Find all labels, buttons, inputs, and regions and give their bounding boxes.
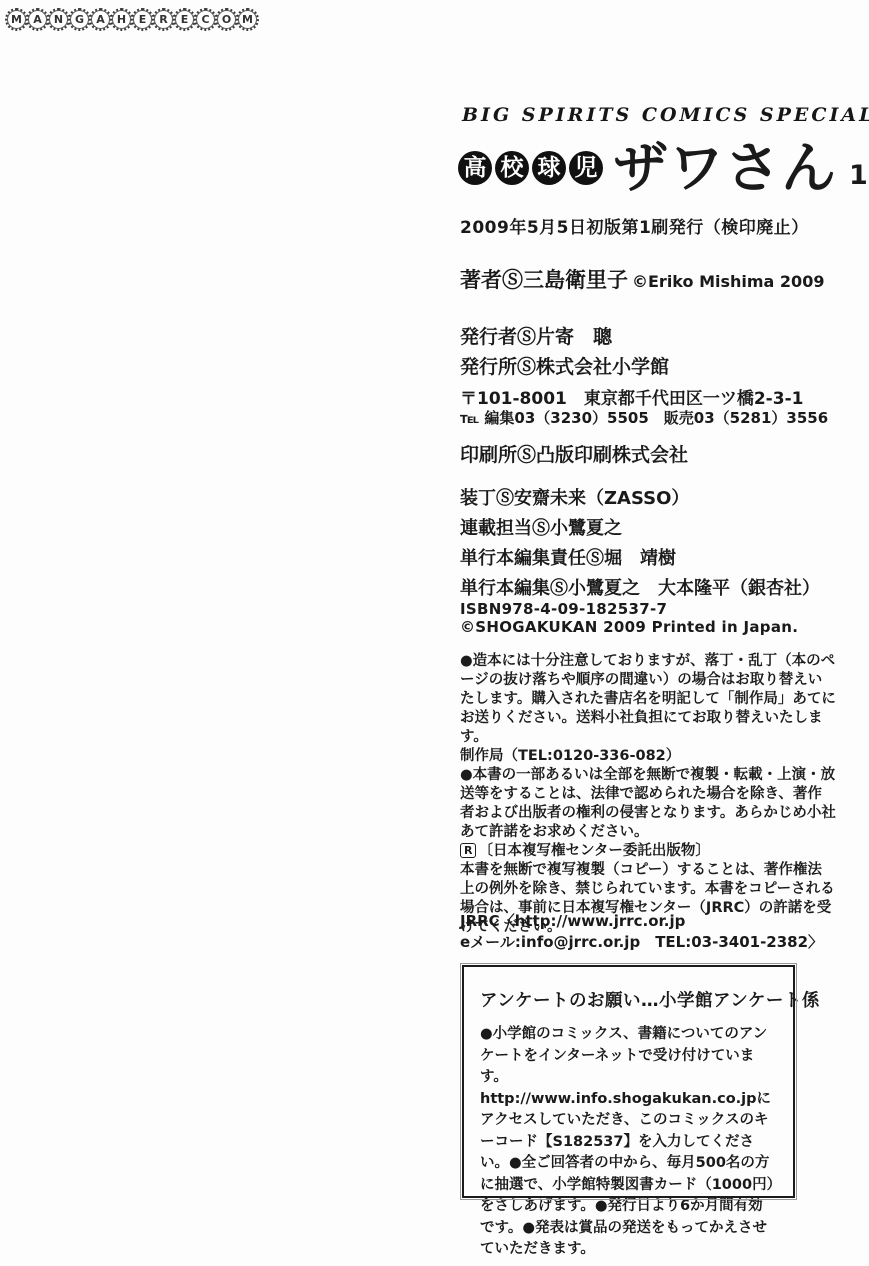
book-title: 高校球児 ザワさん 1 <box>458 136 868 200</box>
logo-letter-badge: M <box>236 8 259 31</box>
survey-box-title: アンケートのお願い…小学館アンケート係 <box>480 987 777 1012</box>
title-kanji-circle: 球 <box>532 151 566 185</box>
logo-letter-badge: E <box>131 8 154 31</box>
legal-production-bureau: 制作局（TEL:0120-336-082） <box>460 747 836 766</box>
design-credit-line: 装丁Ⓢ安齋未来（ZASSO） <box>460 484 689 510</box>
copyright-line: ©SHOGAKUKAN 2009 Printed in Japan. <box>460 618 798 636</box>
logo-letter-badge: H <box>110 8 133 31</box>
series-label: BIG SPIRITS COMICS SPECIAL <box>462 104 869 126</box>
survey-body-details: http://www.info.shogakukan.co.jpにアクセスしてい… <box>480 1089 777 1261</box>
publisher-address: 〒101-8001 東京都千代田区一ツ橋2-3-1 <box>460 384 803 409</box>
jrrc-contact: JRRC〈http://www.jrrc.or.jp eメール:info@jrr… <box>460 911 836 953</box>
logo-letter-badge: E <box>173 8 196 31</box>
printer-line: 印刷所Ⓢ凸版印刷株式会社 <box>460 440 688 467</box>
logo-letter-badge: A <box>89 8 112 31</box>
author-line: 著者Ⓢ三島衛里子 ©Eriko Mishima 2009 <box>460 264 824 294</box>
logo-letter-badge: C <box>194 8 217 31</box>
logo-letter-badge: G <box>68 8 91 31</box>
edition-line: 2009年5月5日初版第1刷発行（検印廃止） <box>460 213 809 238</box>
jrrc-email-line: eメール:info@jrrc.or.jp TEL:03-3401-2382〉 <box>460 932 836 953</box>
publisher-person-line: 発行者Ⓢ片寄 聰 <box>460 322 612 349</box>
title-kanji-circle: 児 <box>569 151 603 185</box>
book-editor-chief-line: 単行本編集責任Ⓢ堀 靖樹 <box>460 544 676 570</box>
logo-letter-badge: N <box>47 8 70 31</box>
isbn-line: ISBN978-4-09-182537-7 <box>460 600 667 618</box>
publisher-company-line: 発行所Ⓢ株式会社小学館 <box>460 352 669 379</box>
logo-letter-badge: M <box>5 8 28 31</box>
logo-letter-badge: A <box>26 8 49 31</box>
colophon-page: MANGAHERECOM BIG SPIRITS COMICS SPECIAL … <box>0 0 869 1266</box>
serial-editor-line: 連載担当Ⓢ小鷺夏之 <box>460 514 622 540</box>
jrrc-url-line: JRRC〈http://www.jrrc.or.jp <box>460 911 836 932</box>
survey-body-intro: ●小学館のコミックス、書籍についてのアンケートをインターネットで受け付けています… <box>480 1024 777 1089</box>
title-kanji-circle: 高 <box>458 151 492 185</box>
jrrc-registration-text: 〔日本複写権センター委託出版物〕 <box>478 843 709 859</box>
logo-letter-badge: R <box>152 8 175 31</box>
legal-defect-notice: ●造本には十分注意しておりますが、落丁・乱丁（本のページの抜け落ちや順序の間違い… <box>460 652 836 747</box>
publisher-phone: ℡ 編集03（3230）5505 販売03（5281）3556 <box>460 407 828 428</box>
mangahere-logo: MANGAHERECOM <box>5 8 257 31</box>
book-editors-line: 単行本編集Ⓢ小鷺夏之 大本隆平（銀杏社） <box>460 574 820 600</box>
volume-number: 1 <box>849 162 868 189</box>
survey-box: アンケートのお願い…小学館アンケート係 ●小学館のコミックス、書籍についてのアン… <box>462 965 795 1198</box>
title-kanji-circle: 校 <box>495 151 529 185</box>
legal-reproduction-notice: ●本書の一部あるいは全部を無断で複製・転載・上演・放送等をすることは、法律で認め… <box>460 766 836 842</box>
author-copyright: ©Eriko Mishima 2009 <box>632 272 824 291</box>
title-kanji-circles: 高校球児 <box>458 151 606 185</box>
legal-notices: ●造本には十分注意しておりますが、落丁・乱丁（本のページの抜け落ちや順序の間違い… <box>460 652 836 937</box>
logo-letter-badge: O <box>215 8 238 31</box>
author-name: 著者Ⓢ三島衛里子 <box>460 264 628 294</box>
title-main: ザワさん <box>613 141 837 196</box>
survey-box-body: ●小学館のコミックス、書籍についてのアンケートをインターネットで受け付けています… <box>480 1024 777 1261</box>
registered-r-mark: R <box>460 843 476 858</box>
legal-jrrc-registration: R〔日本複写権センター委託出版物〕 <box>460 842 836 861</box>
